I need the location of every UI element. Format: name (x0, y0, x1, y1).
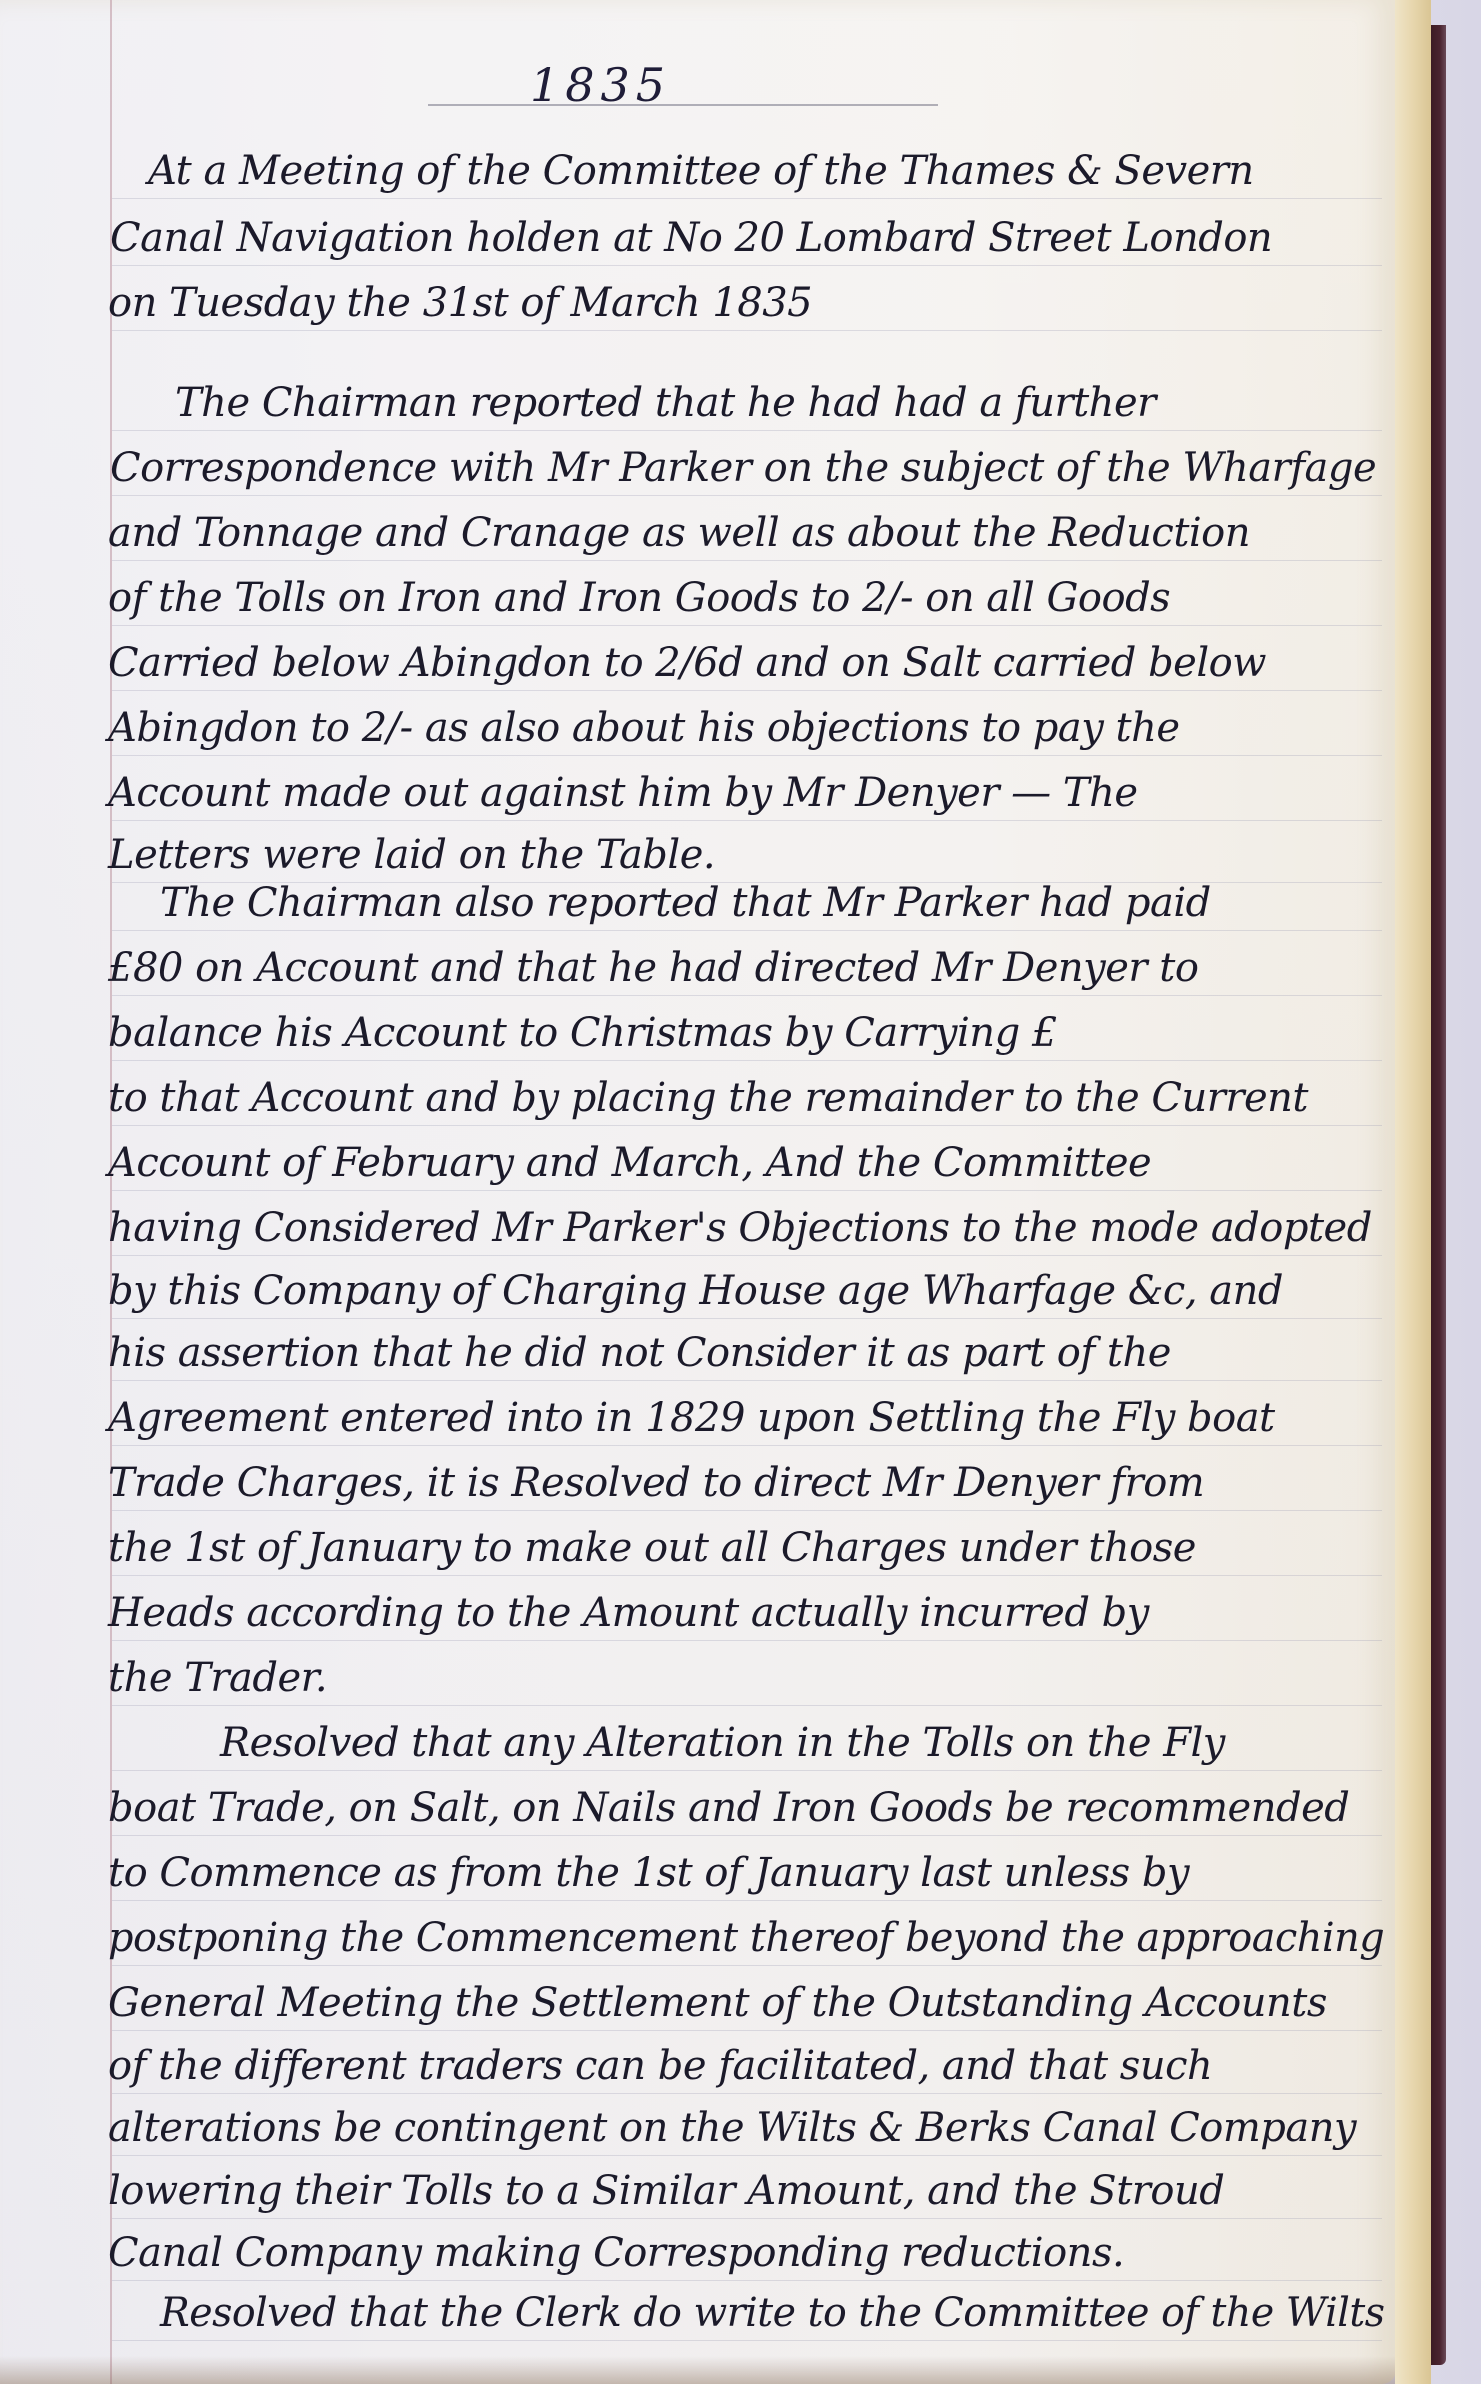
ruled-line (112, 1965, 1382, 1966)
ruled-line (112, 198, 1382, 199)
manuscript-line: Account of February and March, And the C… (108, 1140, 1151, 1186)
manuscript-line: Resolved that the Clerk do write to the … (160, 2290, 1385, 2336)
manuscript-line: Abingdon to 2/- as also about his object… (108, 705, 1180, 751)
manuscript-line: the Trader. (108, 1655, 327, 1701)
manuscript-page: 1835 At a Meeting of the Committee of th… (0, 0, 1396, 2384)
ruled-line (112, 625, 1382, 626)
manuscript-line: his assertion that he did not Consider i… (108, 1330, 1171, 1376)
year-underline (428, 104, 938, 106)
manuscript-line: of the different traders can be facilita… (108, 2043, 1212, 2089)
ruled-line (112, 820, 1382, 821)
manuscript-line: At a Meeting of the Committee of the Tha… (148, 148, 1254, 194)
manuscript-line: The Chairman reported that he had had a … (175, 380, 1156, 426)
manuscript-line: £80 on Account and that he had directed … (108, 945, 1198, 991)
manuscript-line: lowering their Tolls to a Similar Amount… (108, 2168, 1224, 2214)
ruled-line (112, 1060, 1382, 1061)
ruled-line (112, 2218, 1382, 2219)
manuscript-line: Canal Navigation holden at No 20 Lombard… (110, 215, 1272, 261)
manuscript-line: alterations be contingent on the Wilts &… (108, 2105, 1356, 2151)
ruled-line (112, 1380, 1382, 1381)
manuscript-line: Trade Charges, it is Resolved to direct … (108, 1460, 1204, 1506)
photo-scene: 1835 At a Meeting of the Committee of th… (0, 0, 1481, 2384)
manuscript-line: Heads according to the Amount actually i… (108, 1590, 1149, 1636)
manuscript-line: by this Company of Charging House age Wh… (108, 1268, 1283, 1314)
ruled-line (112, 1510, 1382, 1511)
ruled-line (112, 1445, 1382, 1446)
manuscript-line: boat Trade, on Salt, on Nails and Iron G… (108, 1785, 1349, 1831)
ruled-line (112, 330, 1382, 331)
ruled-line (112, 1190, 1382, 1191)
manuscript-line: of the Tolls on Iron and Iron Goods to 2… (108, 575, 1170, 621)
manuscript-line: to Commence as from the 1st of January l… (108, 1850, 1189, 1896)
ruled-line (112, 2155, 1382, 2156)
manuscript-line: Letters were laid on the Table. (108, 832, 715, 878)
ruled-line (112, 430, 1382, 431)
manuscript-line: Agreement entered into in 1829 upon Sett… (108, 1395, 1275, 1441)
manuscript-line: and Tonnage and Cranage as well as about… (108, 510, 1250, 556)
ruled-line (112, 930, 1382, 931)
ruled-line (112, 1125, 1382, 1126)
manuscript-line: General Meeting the Settlement of the Ou… (108, 1980, 1327, 2026)
ruled-line (112, 560, 1382, 561)
ruled-line (112, 495, 1382, 496)
manuscript-line: The Chairman also reported that Mr Parke… (160, 880, 1211, 926)
ruled-line (112, 2340, 1382, 2341)
ruled-line (112, 2093, 1382, 2094)
ruled-line (112, 1575, 1382, 1576)
ruled-line (112, 1900, 1382, 1901)
ruled-line (112, 1318, 1382, 1319)
ruled-line (112, 755, 1382, 756)
margin-rule (110, 0, 112, 2384)
ruled-line (112, 1255, 1382, 1256)
page-bottom-shadow (0, 2356, 1420, 2384)
ruled-line (112, 1770, 1382, 1771)
manuscript-line: postponing the Commencement thereof beyo… (108, 1915, 1384, 1961)
manuscript-line: the 1st of January to make out all Charg… (108, 1525, 1196, 1571)
ruled-line (112, 1640, 1382, 1641)
manuscript-line: Correspondence with Mr Parker on the sub… (110, 445, 1376, 491)
ruled-line (112, 265, 1382, 266)
page-stack-edge (1395, 0, 1431, 2384)
ruled-line (112, 1705, 1382, 1706)
manuscript-line: Carried below Abingdon to 2/6d and on Sa… (108, 640, 1266, 686)
ruled-line (112, 2030, 1382, 2031)
manuscript-line: Canal Company making Corresponding reduc… (108, 2230, 1124, 2276)
ruled-line (112, 690, 1382, 691)
manuscript-line: to that Account and by placing the remai… (108, 1075, 1308, 1121)
ruled-line (112, 995, 1382, 996)
ruled-line (112, 2280, 1382, 2281)
manuscript-line: balance his Account to Christmas by Carr… (108, 1010, 1057, 1056)
manuscript-line: Account made out against him by Mr Denye… (108, 770, 1138, 816)
manuscript-line: Resolved that any Alteration in the Toll… (220, 1720, 1225, 1766)
manuscript-line: on Tuesday the 31st of March 1835 (108, 280, 812, 326)
manuscript-line: having Considered Mr Parker's Objections… (108, 1205, 1372, 1251)
ruled-line (112, 1835, 1382, 1836)
book-cover-edge (1431, 25, 1446, 2365)
